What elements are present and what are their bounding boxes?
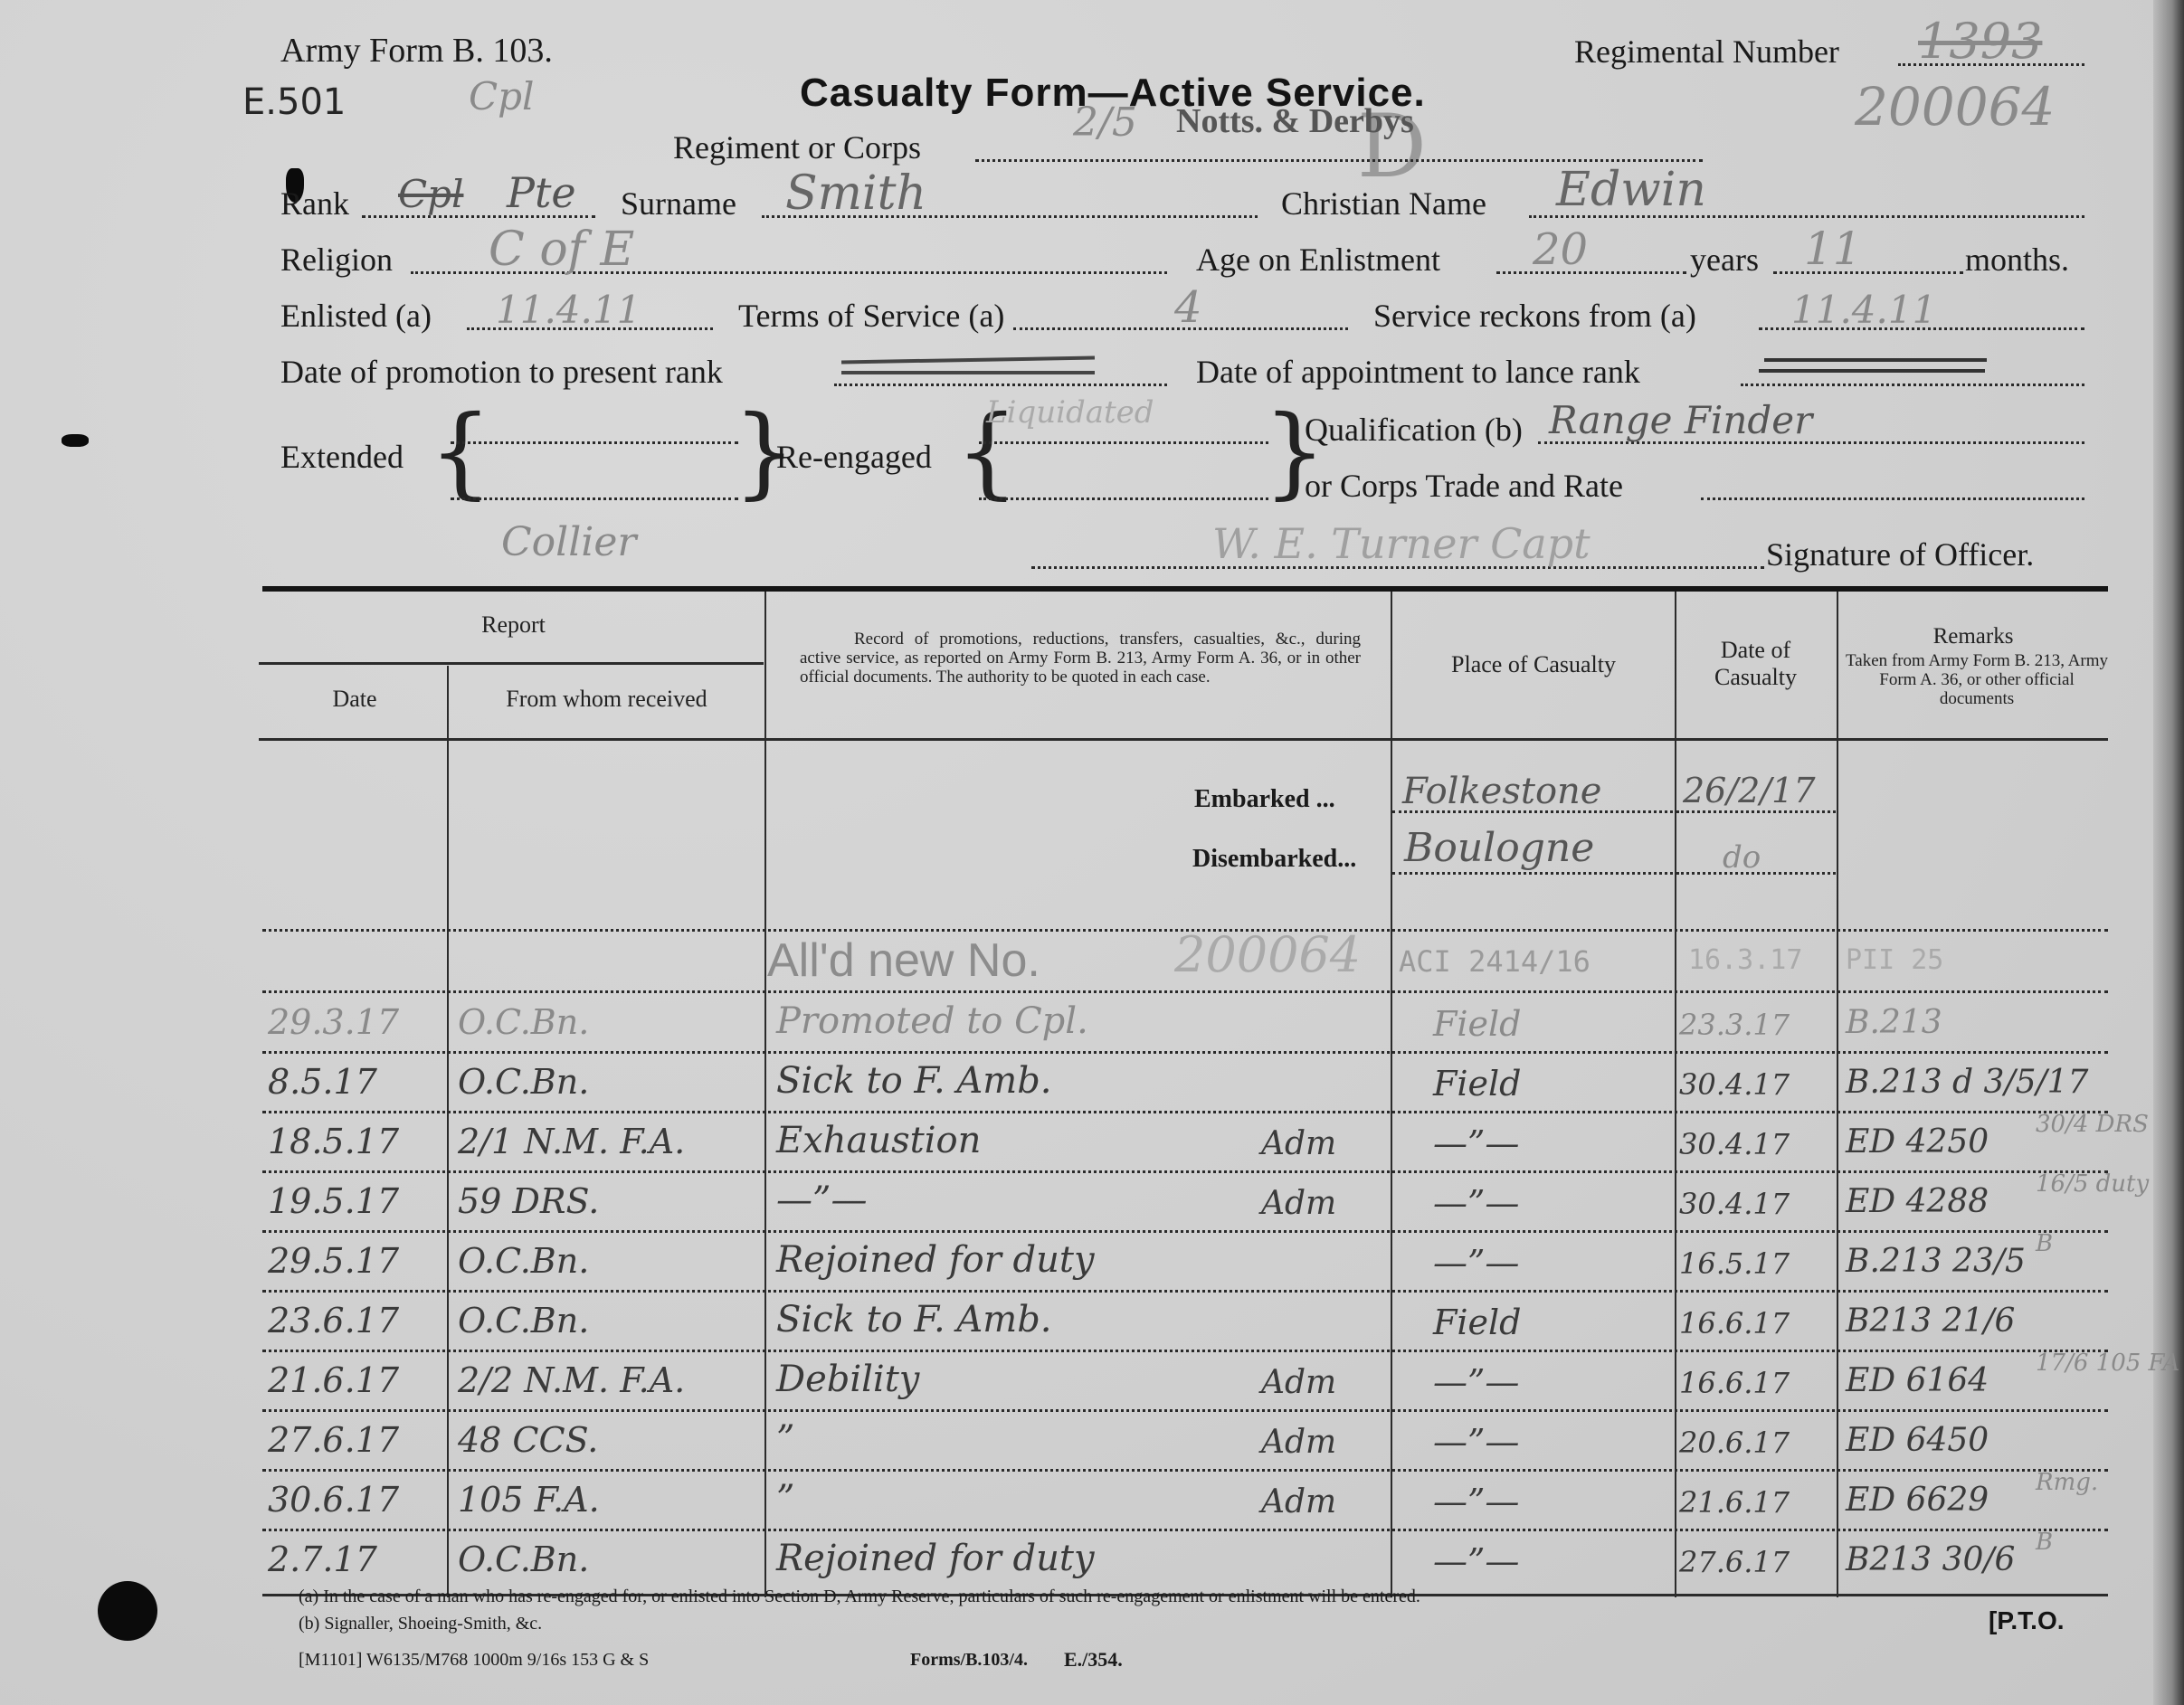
row-divider (262, 1409, 2108, 1412)
row-record: Rejoined for duty (776, 1538, 1095, 1579)
row-remarks: B.213 d 3/5/17 (1846, 1064, 2088, 1101)
row-from: O.C.Bn. (458, 1241, 589, 1281)
row-record: Promoted to Cpl. (776, 1000, 1088, 1042)
officer-signature-label: Signature of Officer. (1766, 535, 2034, 573)
row-remarks: B.213 23/5 (1846, 1243, 2026, 1280)
row-remarks: B.213 (1846, 1004, 1942, 1041)
row-from: 59 DRS. (458, 1181, 599, 1221)
disembarked-place: Boulogne (1404, 825, 1594, 871)
header-report: Report (262, 611, 764, 639)
renumber-label: All'd new No. (767, 933, 1040, 988)
row-place: —”— (1433, 1422, 1519, 1462)
rank-label: Rank (280, 185, 349, 223)
embarked-date: 26/2/17 (1683, 771, 1816, 810)
row-from: O.C.Bn. (458, 1301, 589, 1340)
lance-rank-label: Date of appointment to lance rank (1196, 353, 1640, 391)
row-date: 29.5.17 (268, 1241, 399, 1281)
disembarked-place-field[interactable] (1392, 872, 1673, 875)
religion-value: C of E (489, 223, 634, 277)
regimental-number-label: Regimental Number (1574, 33, 1839, 71)
row-divider (262, 1350, 2108, 1352)
column-divider-place (1675, 592, 1676, 1597)
religion-label: Religion (280, 241, 393, 279)
row-admission: Adm (1261, 1483, 1336, 1520)
row-date: 18.5.17 (268, 1122, 399, 1161)
header-date: Date (262, 686, 447, 713)
row-admission: Adm (1261, 1185, 1336, 1222)
regiment-battalion: 2/5 (1073, 99, 1137, 146)
rank-annotation: Cpl (469, 74, 534, 118)
row-remarks: ED 6164 (1846, 1362, 1989, 1399)
regiment-value-stamp: Notts. & Derbys (1176, 101, 1414, 141)
row-admission: Adm (1261, 1424, 1336, 1461)
disembarked-label: Disembarked... (1192, 845, 1356, 874)
trade-label: or Corps Trade and Rate (1305, 467, 1623, 505)
promotion-strike-line (841, 371, 1095, 374)
archive-reference: E.501 (242, 81, 346, 123)
row-remarks: ED 4288 (1846, 1183, 1989, 1220)
header-place: Place of Casualty (1392, 651, 1675, 678)
row-remarks: ED 4250 (1846, 1123, 1989, 1160)
row-date: 8.5.17 (268, 1062, 377, 1102)
row-date: 23.6.17 (268, 1301, 399, 1340)
row-casualty-date: 21.6.17 (1679, 1485, 1790, 1520)
forms-reference: Forms/B.103/4. (910, 1650, 1028, 1671)
qualification-value: Range Finder (1549, 398, 1812, 442)
column-divider-record (1391, 592, 1392, 1597)
row-record: Sick to F. Amb. (776, 1060, 1052, 1102)
row-note: B (2036, 1529, 2053, 1556)
service-reckons-value: 11.4.11 (1791, 288, 1936, 332)
regiment-field[interactable] (975, 159, 1703, 162)
row-remarks: ED 6629 (1846, 1482, 1989, 1519)
row-from: 2/2 N.M. F.A. (458, 1360, 685, 1400)
page-edge-shadow (2153, 0, 2184, 1705)
enlisted-label: Enlisted (a) (280, 297, 432, 335)
row-record: Exhaustion (776, 1120, 981, 1161)
renumber-number: 200064 (1174, 926, 1361, 983)
service-reckons-label: Service reckons from (a) (1373, 297, 1696, 335)
footnote-a: (a) In the case of a man who has re-enga… (299, 1587, 1420, 1607)
renumber-remark: PII 25 (1846, 944, 1943, 976)
row-date: 19.5.17 (268, 1181, 399, 1221)
row-admission: Adm (1261, 1125, 1336, 1162)
row-date: 29.3.17 (268, 1002, 399, 1042)
row-place: Field (1433, 1302, 1522, 1342)
column-divider-date-casualty (1837, 592, 1838, 1597)
extended-field-2[interactable] (451, 497, 738, 500)
row-divider (262, 990, 2108, 993)
lance-rank-field[interactable] (1741, 384, 2084, 386)
row-note: 16/5 duty (2036, 1170, 2149, 1198)
row-divider (262, 1111, 2108, 1113)
lance-rank-strike-line (1764, 358, 1987, 362)
months-label: months. (1965, 241, 2069, 279)
age-years-value: 20 (1533, 224, 1588, 275)
terms-value: 4 (1174, 282, 1202, 333)
header-report-rule (259, 662, 764, 665)
row-from: 105 F.A. (458, 1480, 600, 1520)
row-place: Field (1433, 1064, 1522, 1104)
row-place: —”— (1433, 1243, 1519, 1283)
header-bottom-rule (259, 738, 2108, 741)
form-number: Army Form B. 103. (280, 31, 553, 71)
row-record: Debility (776, 1359, 919, 1400)
trade-field[interactable] (1701, 497, 2084, 500)
row-place: —”— (1433, 1362, 1519, 1402)
row-divider (262, 1051, 2108, 1054)
header-from-whom: From whom received (449, 686, 764, 713)
row-remarks: B213 21/6 (1846, 1302, 2015, 1340)
row-date: 21.6.17 (268, 1360, 399, 1400)
row-place: Field (1433, 1004, 1522, 1044)
terms-label: Terms of Service (a) (738, 297, 1004, 335)
row-admission: Adm (1261, 1364, 1336, 1401)
row-place: —”— (1433, 1183, 1519, 1223)
disembarked-date: do (1723, 839, 1761, 876)
row-date: 30.6.17 (268, 1480, 399, 1520)
row-casualty-date: 16.6.17 (1679, 1306, 1790, 1340)
christian-name-value: Edwin (1556, 163, 1706, 217)
row-divider (262, 1290, 2108, 1293)
row-casualty-date: 30.4.17 (1679, 1127, 1790, 1161)
row-record: ” (776, 1418, 794, 1460)
renumber-date: 16.3.17 (1688, 944, 1802, 976)
age-label: Age on Enlistment (1196, 241, 1440, 279)
row-divider (262, 1170, 2108, 1173)
officer-signature-value: W. E. Turner Capt (1212, 519, 1591, 568)
header-remarks-title: Remarks (1838, 624, 2108, 649)
row-date: 2.7.17 (268, 1539, 377, 1579)
row-casualty-date: 20.6.17 (1679, 1426, 1790, 1460)
row-from: O.C.Bn. (458, 1062, 589, 1102)
age-months-value: 11 (1804, 223, 1862, 275)
row-record: —”— (776, 1179, 867, 1221)
row-casualty-date: 27.6.17 (1679, 1545, 1790, 1579)
header-record: Record of promotions, reductions, transf… (800, 630, 1361, 687)
extended-brace-left: { (429, 402, 492, 501)
age-months-field[interactable] (1773, 271, 1963, 274)
regimental-number-new: 200064 (1855, 76, 2055, 137)
embarked-date-field[interactable] (1676, 810, 1836, 813)
row-place: —”— (1433, 1123, 1519, 1163)
surname-label: Surname (621, 185, 736, 223)
row-record: Rejoined for duty (776, 1239, 1095, 1281)
row-casualty-date: 30.4.17 (1679, 1187, 1790, 1221)
punch-hole (98, 1581, 157, 1641)
reengaged-value: Liquidated (986, 394, 1154, 431)
embarked-place: Folkestone (1402, 771, 1601, 812)
rank-value: Pte (507, 168, 576, 217)
row-casualty-date: 16.6.17 (1679, 1366, 1790, 1400)
rank-struck: Cpl (398, 172, 463, 216)
row-place: —”— (1433, 1541, 1519, 1581)
row-from: O.C.Bn. (458, 1002, 589, 1042)
renumber-authority: ACI 2414/16 (1399, 944, 1591, 979)
enlisted-value: 11.4.11 (496, 288, 641, 332)
ink-mark (62, 434, 89, 447)
table-top-rule (262, 586, 2108, 592)
lance-rank-strike-line (1759, 369, 1985, 373)
row-divider (262, 1230, 2108, 1233)
row-casualty-date: 23.3.17 (1679, 1008, 1790, 1042)
extended-field-1[interactable] (451, 441, 738, 444)
extended-label: Extended (280, 438, 404, 476)
row-casualty-date: 30.4.17 (1679, 1067, 1790, 1102)
row-note: 30/4 DRS (2036, 1111, 2149, 1138)
age-years-field[interactable] (1496, 271, 1686, 274)
row-from: 48 CCS. (458, 1420, 598, 1460)
header-remarks-sub: Taken from Army Form B. 213, Army Form A… (1846, 651, 2108, 708)
header-date-of-casualty: Date of Casualty (1690, 637, 1821, 691)
regiment-label: Regiment or Corps (673, 128, 921, 166)
row-place: —”— (1433, 1482, 1519, 1521)
row-note: 17/6 105 FA (2036, 1350, 2179, 1377)
row-remarks: ED 6450 (1846, 1422, 1989, 1459)
embarked-label: Embarked ... (1194, 785, 1335, 814)
row-from: 2/1 N.M. F.A. (458, 1122, 685, 1161)
row-divider (262, 1529, 2108, 1531)
christian-name-label: Christian Name (1281, 185, 1486, 223)
row-date: 27.6.17 (268, 1420, 399, 1460)
pto-marker: [P.T.O. (1989, 1606, 2065, 1635)
row-note: Rmg. (2036, 1469, 2098, 1496)
reengaged-field-2[interactable] (979, 497, 1268, 500)
years-label: years (1690, 241, 1759, 279)
row-remarks: B213 30/6 (1846, 1541, 2015, 1578)
row-note: B (2036, 1230, 2053, 1257)
promotion-date-label: Date of promotion to present rank (280, 353, 723, 391)
promotion-date-field[interactable] (834, 384, 1167, 386)
reengaged-label: Re-engaged (776, 438, 932, 476)
row-divider (262, 1469, 2108, 1472)
footnote-b: (b) Signaller, Shoeing-Smith, &c. (299, 1614, 542, 1634)
row-record: Sick to F. Amb. (776, 1299, 1052, 1340)
reengaged-field-1[interactable] (979, 441, 1268, 444)
row-from: O.C.Bn. (458, 1539, 589, 1579)
row-casualty-date: 16.5.17 (1679, 1246, 1790, 1281)
regimental-number-old: 1393 (1918, 13, 2042, 70)
column-divider-from (764, 592, 766, 1597)
column-divider-date (447, 666, 449, 1597)
surname-value: Smith (785, 166, 926, 221)
qualification-label: Qualification (b) (1305, 411, 1523, 449)
printer-line: [M1101] W6135/M768 1000m 9/16s 153 G & S (299, 1650, 649, 1671)
row-record: ” (776, 1478, 794, 1520)
e-reference: E./354. (1064, 1648, 1123, 1672)
occupation-value: Collier (501, 519, 636, 565)
